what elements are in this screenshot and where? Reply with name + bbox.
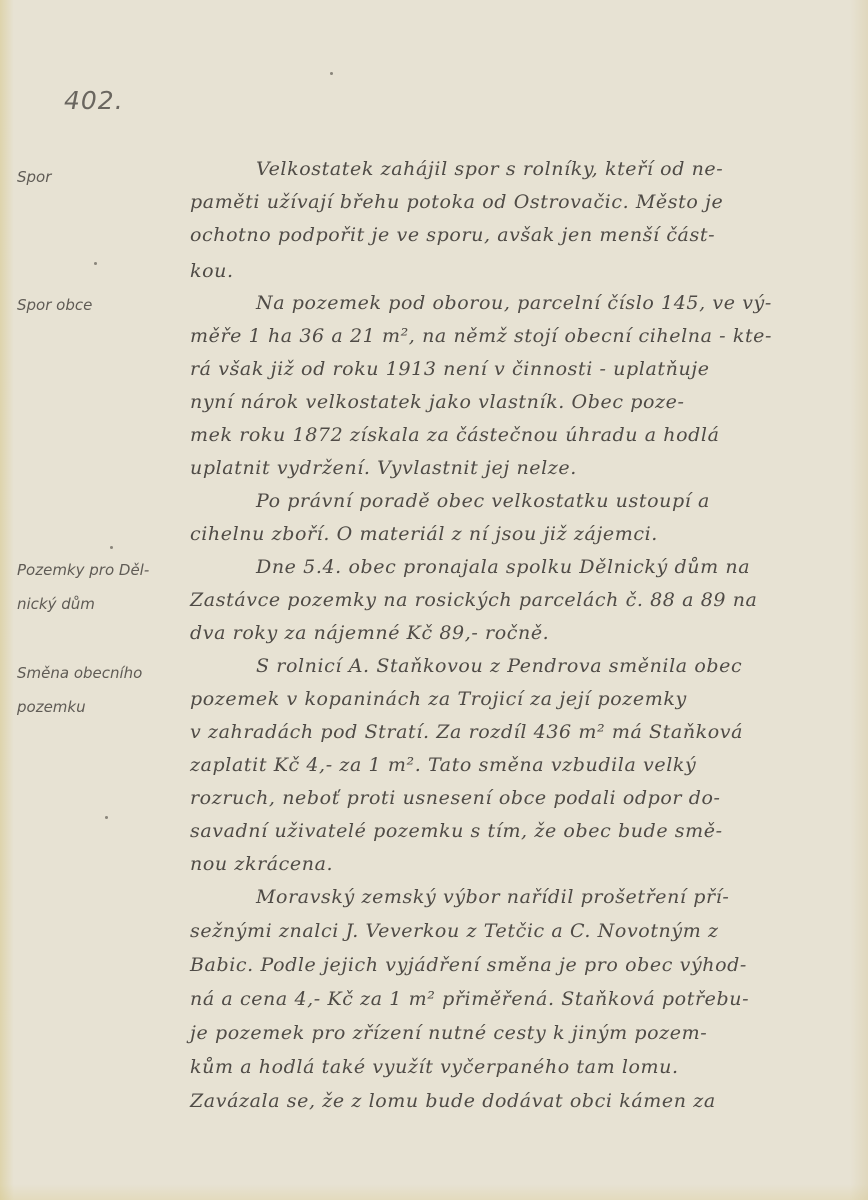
text-line: cihelnu zboří. O materiál z ní jsou již … xyxy=(190,523,850,545)
margin-note-pozemky-delnicky-dum: Pozemky pro Děl- nický dům xyxy=(17,553,149,621)
text-line: Zastávce pozemky na rosických parcelách … xyxy=(190,589,850,611)
text-line: Moravský zemský výbor nařídil prošetření… xyxy=(256,886,868,908)
text-line: Po právní poradě obec velkostatku ustoup… xyxy=(256,490,868,512)
text-line: měře 1 ha 36 a 21 m², na němž stojí obec… xyxy=(190,325,850,347)
text-line: je pozemek pro zřízení nutné cesty k jin… xyxy=(190,1022,850,1044)
paper-speck xyxy=(330,72,333,75)
text-line: nyní nárok velkostatek jako vlastník. Ob… xyxy=(190,391,850,413)
handwritten-page: 402. Spor Spor obce Pozemky pro Děl- nic… xyxy=(0,0,868,1200)
text-line: kům a hodlá také využít vyčerpaného tam … xyxy=(190,1056,850,1078)
margin-note-spor-obce: Spor obce xyxy=(17,288,92,322)
text-line: kou. xyxy=(190,260,850,282)
text-line: paměti užívají břehu potoka od Ostrovači… xyxy=(190,191,850,213)
margin-note-label: Pozemky pro Děl- xyxy=(17,553,149,587)
margin-note-spor: Spor xyxy=(17,160,51,194)
margin-note-label: Směna obecního xyxy=(17,656,142,690)
paper-speck xyxy=(105,816,108,819)
text-line: dva roky za nájemné Kč 89,- ročně. xyxy=(190,622,850,644)
margin-note-smena-obecniho-pozemku: Směna obecního pozemku xyxy=(17,656,142,724)
margin-note-label: Spor xyxy=(17,168,51,186)
text-line: v zahradách pod Stratí. Za rozdíl 436 m²… xyxy=(190,721,850,743)
paper-speck xyxy=(110,546,113,549)
paper-speck xyxy=(94,262,97,265)
text-line: rá však již od roku 1913 není v činnosti… xyxy=(190,358,850,380)
text-line: ochotno podpořit je ve sporu, avšak jen … xyxy=(190,224,850,246)
text-line: Babic. Podle jejich vyjádření směna je p… xyxy=(190,954,850,976)
text-line: S rolnicí A. Staňkovou z Pendrova směnil… xyxy=(256,655,868,677)
text-line: Dne 5.4. obec pronajala spolku Dělnický … xyxy=(256,556,868,578)
text-line: Na pozemek pod oborou, parcelní číslo 14… xyxy=(256,292,868,314)
text-line: pozemek v kopaninách za Trojicí za její … xyxy=(190,688,850,710)
text-line: savadní uživatelé pozemku s tím, že obec… xyxy=(190,820,850,842)
text-line: Zavázala se, že z lomu bude dodávat obci… xyxy=(190,1090,850,1112)
page-number: 402. xyxy=(64,86,124,115)
text-line: Velkostatek zahájil spor s rolníky, kteř… xyxy=(256,158,868,180)
text-line: rozruch, neboť proti usnesení obce podal… xyxy=(190,787,850,809)
text-line: mek roku 1872 získala za částečnou úhrad… xyxy=(190,424,850,446)
margin-note-label-continued: pozemku xyxy=(17,690,142,724)
text-line: ná a cena 4,- Kč za 1 m² přiměřená. Staň… xyxy=(190,988,850,1010)
text-line: zaplatit Kč 4,- za 1 m². Tato směna vzbu… xyxy=(190,754,850,776)
text-line: uplatnit vydržení. Vyvlastnit jej nelze. xyxy=(190,457,850,479)
margin-note-label: Spor obce xyxy=(17,296,92,314)
text-line: nou zkrácena. xyxy=(190,853,850,875)
text-line: sežnými znalci J. Veverkou z Tetčic a C.… xyxy=(190,920,850,942)
margin-note-label-continued: nický dům xyxy=(17,587,149,621)
